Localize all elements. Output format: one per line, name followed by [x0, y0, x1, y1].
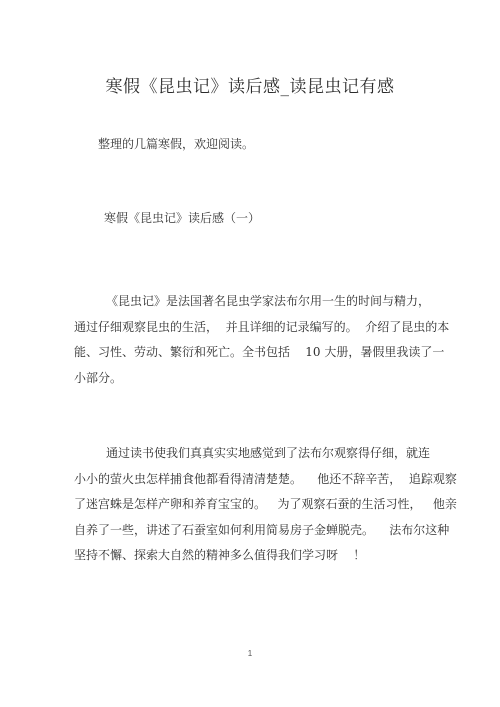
paragraph-line: 小小的萤火虫怎样捕食他都看得清清楚楚。 他还不辞辛苦， 追踪观察	[74, 467, 434, 493]
paragraph-line: 《昆虫记》是法国著名昆虫学家法布尔用一生的时间与精力，	[74, 289, 434, 315]
paragraph-line: 能、习性、劳动、繁衍和死亡。全书包括 10 大册，暑假里我读了一	[74, 340, 434, 366]
paragraph-2: 通过读书使我们真真实实地感觉到了法布尔观察得仔细，就连 小小的萤火虫怎样捕食他都…	[74, 441, 434, 569]
document-title: 寒假《昆虫记》读后感_读昆虫记有感	[0, 72, 500, 97]
paragraph-line: 了迷宫蛛是怎样产卵和养育宝宝的。 为了观察石蚕的生活习性， 他亲	[74, 492, 434, 518]
intro-text: 整理的几篇寒假，欢迎阅读。	[98, 135, 254, 152]
paragraph-line: 坚持不懈、探索大自然的精神多么值得我们学习呀 ！	[74, 543, 434, 569]
page-number: 1	[0, 649, 500, 658]
document-page: 寒假《昆虫记》读后感_读昆虫记有感 整理的几篇寒假，欢迎阅读。 寒假《昆虫记》读…	[0, 0, 500, 707]
paragraph-line: 通过仔细观察昆虫的生活， 并且详细的记录编写的。 介绍了昆虫的本	[74, 315, 434, 341]
section-heading: 寒假《昆虫记》读后感（一）	[104, 209, 260, 226]
paragraph-line: 通过读书使我们真真实实地感觉到了法布尔观察得仔细，就连	[74, 441, 434, 467]
paragraph-1: 《昆虫记》是法国著名昆虫学家法布尔用一生的时间与精力， 通过仔细观察昆虫的生活，…	[74, 289, 434, 391]
paragraph-line: 小部分。	[74, 366, 434, 392]
paragraph-line: 自养了一些，讲述了石蚕室如何利用简易房子金蝉脱壳。 法布尔这种	[74, 518, 434, 544]
